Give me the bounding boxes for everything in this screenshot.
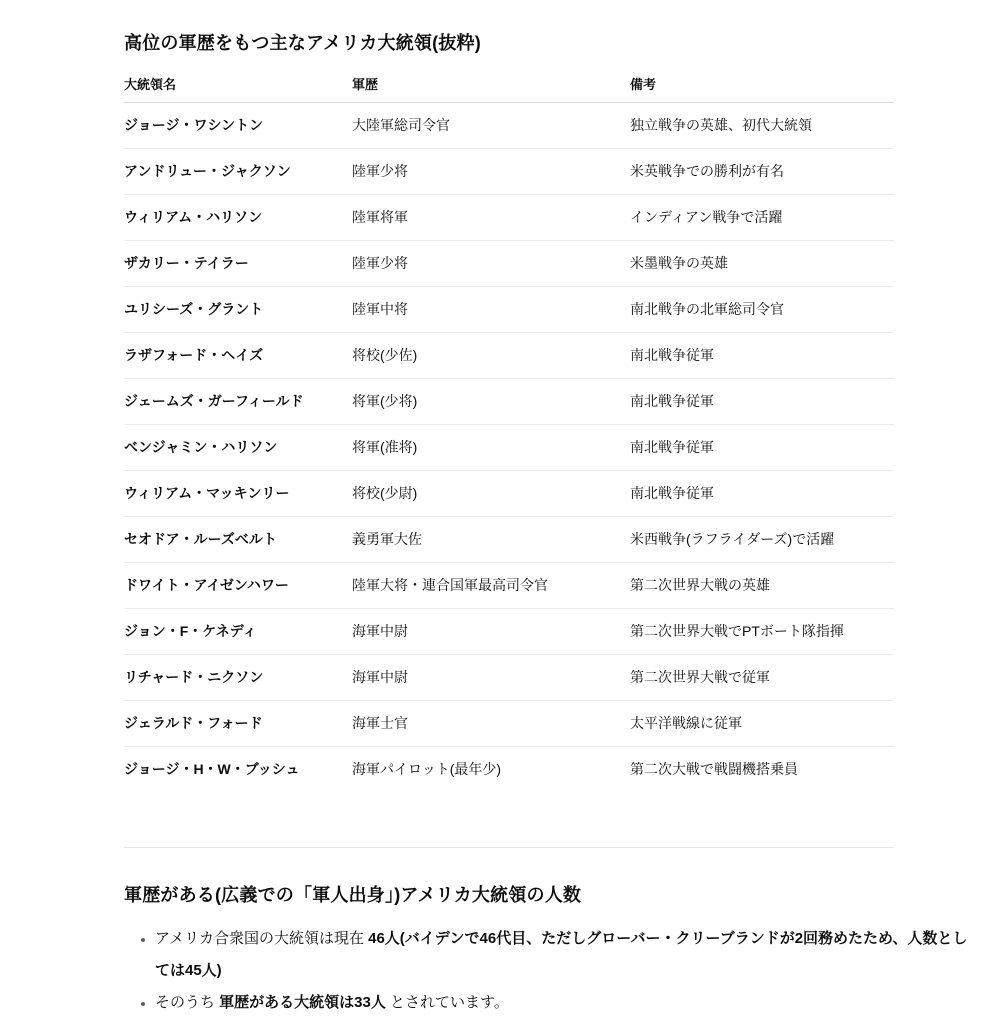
military-record-cell: 将軍(准将) xyxy=(352,425,630,471)
president-name-cell: リチャード・ニクソン xyxy=(124,655,352,701)
notes-cell: 南北戦争従軍 xyxy=(630,425,894,471)
president-name-cell: ベンジャミン・ハリソン xyxy=(124,425,352,471)
table-header-row: 大統領名 軍歴 備考 xyxy=(124,74,894,103)
bullet-text-bold: 軍歴がある大統領は33人 xyxy=(219,994,386,1011)
military-record-cell: 陸軍少将 xyxy=(352,149,630,195)
bullet-text: そのうち xyxy=(155,994,219,1011)
military-record-cell: 義勇軍大佐 xyxy=(352,517,630,563)
table-row: ジェラルド・フォード海軍士官太平洋戦線に従軍 xyxy=(124,701,894,747)
military-record-cell: 陸軍将軍 xyxy=(352,195,630,241)
notes-cell: 太平洋戦線に従軍 xyxy=(630,701,894,747)
military-record-cell: 海軍中尉 xyxy=(352,609,630,655)
table-row: ジェームズ・ガーフィールド将軍(少将)南北戦争従軍 xyxy=(124,379,894,425)
president-name-cell: ウィリアム・ハリソン xyxy=(124,195,352,241)
table-row: ラザフォード・ヘイズ将校(少佐)南北戦争従軍 xyxy=(124,333,894,379)
notes-cell: 米墨戦争の英雄 xyxy=(630,241,894,287)
notes-cell: インディアン戦争で活躍 xyxy=(630,195,894,241)
table-row: ウィリアム・マッキンリー将校(少尉)南北戦争従軍 xyxy=(124,471,894,517)
table-row: ザカリー・テイラー陸軍少将米墨戦争の英雄 xyxy=(124,241,894,287)
notes-cell: 第二次大戦で戦闘機搭乗員 xyxy=(630,747,894,793)
content: 高位の軍歴をもつ主なアメリカ大統領(抜粋) 大統領名 軍歴 備考 ジョージ・ワシ… xyxy=(0,0,999,1019)
military-record-cell: 海軍パイロット(最年少) xyxy=(352,747,630,793)
notes-cell: 米英戦争での勝利が有名 xyxy=(630,149,894,195)
military-record-cell: 陸軍少将 xyxy=(352,241,630,287)
president-name-cell: ジェラルド・フォード xyxy=(124,701,352,747)
table-row: セオドア・ルーズベルト義勇軍大佐米西戦争(ラフライダーズ)で活躍 xyxy=(124,517,894,563)
president-name-cell: ジェームズ・ガーフィールド xyxy=(124,379,352,425)
list-item: アメリカ合衆国の大統領は現在 46人(バイデンで46代目、ただしグローバー・クリ… xyxy=(155,923,971,987)
military-record-cell: 陸軍中将 xyxy=(352,287,630,333)
notes-cell: 第二次世界大戦でPTボート隊指揮 xyxy=(630,609,894,655)
table-row: ジョージ・ワシントン大陸軍総司令官独立戦争の英雄、初代大統領 xyxy=(124,103,894,149)
military-record-cell: 陸軍大将・連合国軍最高司令官 xyxy=(352,563,630,609)
president-name-cell: ウィリアム・マッキンリー xyxy=(124,471,352,517)
section1-title: 高位の軍歴をもつ主なアメリカ大統領(抜粋) xyxy=(124,33,975,53)
table-row: ドワイト・アイゼンハワー陸軍大将・連合国軍最高司令官第二次世界大戦の英雄 xyxy=(124,563,894,609)
presidents-table: 大統領名 軍歴 備考 ジョージ・ワシントン大陸軍総司令官独立戦争の英雄、初代大統… xyxy=(124,74,894,792)
notes-cell: 南北戦争従軍 xyxy=(630,333,894,379)
column-header-military-record: 軍歴 xyxy=(352,74,630,103)
president-name-cell: ドワイト・アイゼンハワー xyxy=(124,563,352,609)
military-record-cell: 将校(少尉) xyxy=(352,471,630,517)
table-row: ベンジャミン・ハリソン将軍(准将)南北戦争従軍 xyxy=(124,425,894,471)
section-divider xyxy=(124,847,894,848)
military-record-cell: 将軍(少将) xyxy=(352,379,630,425)
table-row: ジョン・F・ケネディ海軍中尉第二次世界大戦でPTボート隊指揮 xyxy=(124,609,894,655)
president-name-cell: アンドリュー・ジャクソン xyxy=(124,149,352,195)
column-header-notes: 備考 xyxy=(630,74,894,103)
notes-cell: 南北戦争従軍 xyxy=(630,471,894,517)
notes-cell: 独立戦争の英雄、初代大統領 xyxy=(630,103,894,149)
president-name-cell: ラザフォード・ヘイズ xyxy=(124,333,352,379)
president-name-cell: ジョン・F・ケネディ xyxy=(124,609,352,655)
bullet-text: アメリカ合衆国の大統領は現在 xyxy=(155,930,368,947)
section2-title: 軍歴がある(広義での「軍人出身」)アメリカ大統領の人数 xyxy=(124,885,975,905)
president-name-cell: セオドア・ルーズベルト xyxy=(124,517,352,563)
military-record-cell: 海軍士官 xyxy=(352,701,630,747)
notes-cell: 南北戦争従軍 xyxy=(630,379,894,425)
summary-list: アメリカ合衆国の大統領は現在 46人(バイデンで46代目、ただしグローバー・クリ… xyxy=(124,923,971,1019)
table-row: ジョージ・H・W・ブッシュ海軍パイロット(最年少)第二次大戦で戦闘機搭乗員 xyxy=(124,747,894,793)
president-name-cell: ユリシーズ・グラント xyxy=(124,287,352,333)
notes-cell: 第二次世界大戦で従軍 xyxy=(630,655,894,701)
president-name-cell: ザカリー・テイラー xyxy=(124,241,352,287)
bullet-text: とされています。 xyxy=(386,994,509,1011)
military-record-cell: 海軍中尉 xyxy=(352,655,630,701)
table-row: ウィリアム・ハリソン陸軍将軍インディアン戦争で活躍 xyxy=(124,195,894,241)
notes-cell: 米西戦争(ラフライダーズ)で活躍 xyxy=(630,517,894,563)
military-record-cell: 将校(少佐) xyxy=(352,333,630,379)
table-row: アンドリュー・ジャクソン陸軍少将米英戦争での勝利が有名 xyxy=(124,149,894,195)
table-row: リチャード・ニクソン海軍中尉第二次世界大戦で従軍 xyxy=(124,655,894,701)
military-record-cell: 大陸軍総司令官 xyxy=(352,103,630,149)
notes-cell: 第二次世界大戦の英雄 xyxy=(630,563,894,609)
president-name-cell: ジョージ・ワシントン xyxy=(124,103,352,149)
column-header-president-name: 大統領名 xyxy=(124,74,352,103)
page: 高位の軍歴をもつ主なアメリカ大統領(抜粋) 大統領名 軍歴 備考 ジョージ・ワシ… xyxy=(0,0,999,1027)
notes-cell: 南北戦争の北軍総司令官 xyxy=(630,287,894,333)
table-row: ユリシーズ・グラント陸軍中将南北戦争の北軍総司令官 xyxy=(124,287,894,333)
president-name-cell: ジョージ・H・W・ブッシュ xyxy=(124,747,352,793)
list-item: そのうち 軍歴がある大統領は33人 とされています。 xyxy=(155,987,971,1019)
